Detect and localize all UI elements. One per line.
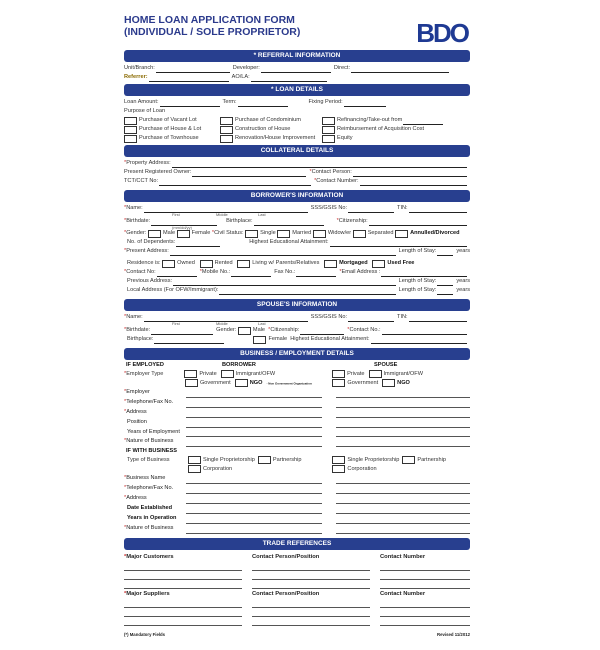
trade-field[interactable] bbox=[380, 562, 470, 571]
purpose-label: Construction of House bbox=[235, 125, 290, 134]
hint-middle: Middle bbox=[216, 213, 228, 217]
label-rented: Rented bbox=[215, 259, 233, 268]
form-title: HOME LOAN APPLICATION FORM (INDIVIDUAL /… bbox=[124, 14, 470, 48]
option-label: Partnership bbox=[273, 457, 302, 463]
purpose-checkbox[interactable] bbox=[220, 135, 233, 143]
bdo-logo: BDO bbox=[416, 18, 468, 49]
trade-header-text: Contact Number bbox=[380, 591, 425, 597]
fixing-period-field[interactable] bbox=[344, 99, 386, 107]
option-label: Single Proprietorship bbox=[347, 457, 399, 463]
option-label: Government bbox=[200, 380, 231, 386]
spacer bbox=[322, 398, 336, 407]
spouse-field[interactable] bbox=[336, 474, 470, 484]
borrower-field[interactable] bbox=[186, 514, 322, 524]
spacer bbox=[370, 589, 380, 599]
label-female: Female bbox=[192, 229, 211, 238]
borrower-tin-field[interactable] bbox=[409, 205, 467, 213]
spouse-female-checkbox[interactable] bbox=[253, 336, 266, 344]
hint-middle-2: Middle bbox=[216, 322, 228, 326]
label-name: Name: bbox=[126, 204, 142, 213]
row-label-text: Years of Employment bbox=[127, 428, 180, 437]
section-borrower: BORROWER'S INFORMATION bbox=[124, 190, 470, 202]
purpose-label: Refinancing/Take-out from bbox=[337, 116, 402, 125]
trade-header: *Major Customers bbox=[124, 552, 242, 562]
spouse-field[interactable] bbox=[336, 494, 470, 504]
borrower-field[interactable] bbox=[186, 524, 322, 534]
option-checkbox[interactable] bbox=[188, 465, 201, 473]
label-spouse-female: Female bbox=[268, 335, 287, 344]
label-fax: Fax No.: bbox=[274, 268, 295, 277]
spouse-field[interactable] bbox=[336, 504, 470, 514]
spouse-male-checkbox[interactable] bbox=[238, 327, 251, 335]
label-contact-no: Contact No: bbox=[126, 268, 156, 277]
row-label-text: Employer bbox=[126, 388, 150, 397]
spouse-field[interactable] bbox=[336, 524, 470, 534]
ngo-note: - Non Government Organization bbox=[266, 381, 311, 385]
label-ao-la: AO/LA: bbox=[232, 73, 250, 82]
option-label: Government bbox=[347, 380, 378, 386]
label-spouse-education: Highest Educational Attainment: bbox=[290, 335, 369, 344]
spacer bbox=[322, 388, 336, 397]
option-group: Corporation bbox=[188, 465, 332, 474]
borrower-field[interactable] bbox=[186, 428, 322, 438]
contact-person-field[interactable] bbox=[353, 169, 467, 177]
trade-field[interactable] bbox=[252, 617, 370, 626]
spacer bbox=[322, 418, 336, 427]
label-if-business: IF WITH BUSINESS bbox=[126, 447, 177, 456]
purpose-label: Purchase of Condominium bbox=[235, 116, 301, 125]
used-free-checkbox[interactable] bbox=[372, 260, 385, 268]
married-checkbox[interactable] bbox=[277, 230, 290, 238]
mobile-field[interactable] bbox=[231, 269, 271, 277]
option-group: Corporation bbox=[332, 465, 470, 474]
trade-field[interactable] bbox=[252, 571, 370, 580]
spacer bbox=[370, 608, 380, 617]
label-length-stay-3: Length of Stay: bbox=[399, 286, 437, 295]
length-stay-field[interactable] bbox=[437, 248, 453, 256]
referrer-field[interactable] bbox=[149, 74, 229, 82]
option-group: GovernmentNGO bbox=[332, 379, 470, 388]
option-checkbox[interactable] bbox=[332, 456, 345, 464]
spacer bbox=[242, 617, 252, 626]
option-checkbox[interactable] bbox=[188, 456, 201, 464]
trade-field[interactable] bbox=[380, 617, 470, 626]
purpose-label: Purchase of Vacant Lot bbox=[139, 116, 197, 125]
purpose-checkbox[interactable] bbox=[322, 135, 335, 143]
label-local-address: Local Address (For OFW/Immigrant): bbox=[127, 286, 218, 295]
spouse-field[interactable] bbox=[336, 388, 470, 398]
row-label: Years of Employment bbox=[124, 428, 186, 437]
option-label: Private bbox=[347, 371, 364, 377]
label-married: Married bbox=[292, 229, 311, 238]
mandatory-note: (*) Mandatory Fields bbox=[124, 632, 165, 637]
local-address-field[interactable] bbox=[219, 287, 395, 295]
purpose-option: Construction of House bbox=[220, 125, 322, 134]
purpose-label: Reimbursement of Acquisition Cost bbox=[337, 125, 424, 134]
label-tct: TCT/CCT No: bbox=[124, 177, 158, 186]
label-sss: SSS/GSIS No: bbox=[311, 204, 347, 213]
label-developer: Developer: bbox=[233, 64, 260, 73]
row-label: Employer Type bbox=[126, 370, 184, 379]
label-spouse-male: Male bbox=[253, 326, 265, 335]
row-label-text: Nature of Business bbox=[126, 524, 173, 533]
local-length-stay-field[interactable] bbox=[437, 287, 453, 295]
trade-field[interactable] bbox=[124, 571, 242, 580]
trade-field[interactable] bbox=[252, 580, 370, 589]
property-address-field[interactable] bbox=[172, 160, 467, 168]
spouse-field[interactable] bbox=[336, 514, 470, 524]
widow-checkbox[interactable] bbox=[313, 230, 326, 238]
label-spouse-citizenship: Citizenship: bbox=[270, 326, 299, 335]
label-used-free: Used Free bbox=[387, 259, 414, 268]
spacer bbox=[370, 562, 380, 571]
option-row: GovernmentNGO- Non Government Organizati… bbox=[124, 379, 470, 388]
label-present-address: Present Address: bbox=[126, 247, 169, 256]
label-owner: Present Registered Owner: bbox=[124, 168, 191, 177]
trade-field[interactable] bbox=[380, 608, 470, 617]
option-label: Private bbox=[199, 371, 216, 377]
borrower-field[interactable] bbox=[186, 388, 322, 398]
row-label: *Nature of Business bbox=[124, 524, 186, 533]
label-contact-person: Contact Person: bbox=[312, 168, 352, 177]
purpose-option: Purchase of Townhouse bbox=[124, 134, 220, 143]
spouse-field[interactable] bbox=[336, 428, 470, 438]
label-purpose: Purpose of Loan bbox=[124, 107, 165, 116]
spacer bbox=[370, 617, 380, 626]
trade-field[interactable] bbox=[380, 571, 470, 580]
label-single: Single bbox=[260, 229, 276, 238]
row-label: *Nature of Business bbox=[124, 437, 186, 446]
row-label: Position bbox=[124, 418, 186, 427]
option-checkbox[interactable] bbox=[258, 456, 271, 464]
option-checkbox[interactable] bbox=[184, 370, 197, 378]
spouse-education-field[interactable] bbox=[371, 336, 468, 344]
spacer bbox=[322, 484, 336, 493]
label-spouse-tin: TIN: bbox=[397, 313, 408, 322]
dependents-field[interactable] bbox=[176, 239, 220, 247]
borrower-field[interactable] bbox=[186, 437, 322, 447]
label-previous-address: Previous Address: bbox=[127, 277, 172, 286]
row-label-text: Years in Operation bbox=[127, 514, 176, 523]
option-checkbox[interactable] bbox=[332, 379, 345, 387]
label-contact-number: Contact Number: bbox=[316, 177, 358, 186]
borrower-field[interactable] bbox=[186, 474, 322, 484]
spacer bbox=[322, 504, 336, 513]
label-annulled: Annulled/Divorced bbox=[410, 229, 459, 238]
trade-header: Contact Number bbox=[380, 552, 470, 562]
section-collateral: COLLATERAL DETAILS bbox=[124, 145, 470, 157]
spouse-sss-field[interactable] bbox=[348, 314, 394, 322]
purpose-option: Renovation/House Improvement bbox=[220, 134, 322, 143]
label-term: Term: bbox=[223, 98, 237, 107]
row-label: Type of Business bbox=[127, 456, 188, 465]
label-referrer: Referrer: bbox=[124, 73, 148, 82]
purpose-option: Purchase of Condominium bbox=[220, 116, 322, 125]
trade-header: Contact Number bbox=[380, 589, 470, 599]
trade-field[interactable] bbox=[124, 580, 242, 589]
spacer bbox=[322, 514, 336, 523]
row-label: Years in Operation bbox=[124, 514, 186, 523]
option-checkbox[interactable] bbox=[185, 379, 198, 387]
education-field[interactable] bbox=[330, 239, 468, 247]
label-direct: Direct: bbox=[334, 64, 350, 73]
row-label: *Employer bbox=[124, 388, 186, 397]
borrower-field[interactable] bbox=[186, 398, 322, 408]
spacer bbox=[242, 599, 252, 608]
trade-field[interactable] bbox=[252, 608, 370, 617]
label-property-address: Property Address: bbox=[126, 159, 170, 168]
label-spouse-birthplace: Birthplace: bbox=[127, 335, 153, 344]
term-field[interactable] bbox=[238, 99, 288, 107]
prev-length-stay-field[interactable] bbox=[437, 278, 453, 286]
label-spouse-sss: SSS/GSIS No: bbox=[311, 313, 347, 322]
single-checkbox[interactable] bbox=[245, 230, 258, 238]
contact-no-field[interactable] bbox=[157, 269, 197, 277]
label-residence: Residence is: bbox=[127, 259, 161, 268]
section-business: BUSINESS / EMPLOYMENT DETAILS bbox=[124, 348, 470, 360]
spacer bbox=[242, 571, 252, 580]
label-spouse-name: Name: bbox=[126, 313, 142, 322]
female-checkbox[interactable] bbox=[177, 230, 190, 238]
option-checkbox[interactable] bbox=[332, 465, 345, 473]
option-checkbox[interactable] bbox=[235, 379, 248, 387]
section-loan: * LOAN DETAILS bbox=[124, 84, 470, 96]
option-label: Corporation bbox=[347, 466, 376, 472]
direct-field[interactable] bbox=[351, 65, 449, 73]
option-checkbox[interactable] bbox=[221, 370, 234, 378]
spacer bbox=[370, 552, 380, 562]
spouse-birthplace-field[interactable] bbox=[154, 336, 224, 344]
label-education: Highest Educational Attainment: bbox=[249, 238, 328, 247]
label-birthplace: Birthplace: bbox=[226, 217, 252, 226]
trade-field[interactable] bbox=[380, 580, 470, 589]
label-owned: Owned bbox=[177, 259, 195, 268]
option-row: CorporationCorporation bbox=[124, 465, 470, 474]
spacer bbox=[322, 437, 336, 446]
trade-field[interactable] bbox=[252, 599, 370, 608]
refinancing-field[interactable] bbox=[403, 117, 443, 125]
spacer bbox=[242, 552, 252, 562]
label-spouse-gender: Gender: bbox=[216, 326, 236, 335]
purpose-label: Purchase of Townhouse bbox=[139, 134, 199, 143]
spouse-citizenship-field[interactable] bbox=[300, 327, 344, 335]
row-label-text: Nature of Business bbox=[126, 437, 173, 446]
borrower-field[interactable] bbox=[186, 494, 322, 504]
purpose-label: Purchase of House & Lot bbox=[139, 125, 201, 134]
purpose-checkbox[interactable] bbox=[124, 126, 137, 134]
trade-header: Contact Person/Position bbox=[252, 552, 370, 562]
tct-field[interactable] bbox=[159, 178, 311, 186]
option-label: NGO bbox=[397, 380, 410, 386]
trade-header: Contact Person/Position bbox=[252, 589, 370, 599]
spouse-birthdate-field[interactable] bbox=[151, 327, 213, 335]
hint-last: Last bbox=[258, 213, 266, 217]
option-checkbox[interactable] bbox=[369, 370, 382, 378]
purpose-checkbox[interactable] bbox=[124, 135, 137, 143]
label-fixing: Fixing Period: bbox=[309, 98, 343, 107]
label-dependents: No. of Dependents: bbox=[127, 238, 175, 247]
row-label-text: Telephone/Fax No. bbox=[126, 484, 173, 493]
trade-field[interactable] bbox=[124, 608, 242, 617]
option-checkbox[interactable] bbox=[382, 379, 395, 387]
trade-header-text: Contact Number bbox=[380, 554, 425, 560]
label-loan-amount: Loan Amount: bbox=[124, 98, 159, 107]
label-mortgaged: Mortgaged bbox=[339, 259, 368, 268]
label-spouse-birthdate: Birthdate: bbox=[126, 326, 150, 335]
row-label-text: Business Name bbox=[126, 474, 165, 483]
option-label: Partnership bbox=[417, 457, 446, 463]
spouse-field[interactable] bbox=[336, 418, 470, 428]
purpose-checkbox[interactable] bbox=[322, 117, 335, 125]
ao-la-field[interactable] bbox=[251, 74, 327, 82]
purpose-option: Equity bbox=[322, 134, 470, 143]
spacer bbox=[242, 608, 252, 617]
spacer bbox=[242, 580, 252, 589]
label-spouse-contact: Contact No.: bbox=[349, 326, 380, 335]
fax-field[interactable] bbox=[296, 269, 336, 277]
row-label: *Telephone/Fax No. bbox=[124, 398, 186, 407]
spacer bbox=[322, 494, 336, 503]
spouse-contact-field[interactable] bbox=[382, 327, 467, 335]
owner-field[interactable] bbox=[192, 169, 306, 177]
section-trade: TRADE REFERENCES bbox=[124, 538, 470, 550]
label-years: years bbox=[456, 247, 470, 256]
label-civil: Civil Status: bbox=[214, 229, 244, 238]
spacer bbox=[322, 524, 336, 533]
purpose-checkbox[interactable] bbox=[322, 126, 335, 134]
label-mobile: Mobile No.: bbox=[202, 268, 230, 277]
spouse-tin-field[interactable] bbox=[409, 314, 467, 322]
male-checkbox[interactable] bbox=[148, 230, 161, 238]
spouse-field[interactable] bbox=[336, 484, 470, 494]
option-checkbox[interactable] bbox=[332, 370, 345, 378]
owned-checkbox[interactable] bbox=[162, 260, 175, 268]
row-label: *Address bbox=[124, 408, 186, 417]
trade-header-text: Major Suppliers bbox=[126, 591, 170, 597]
spacer bbox=[370, 580, 380, 589]
purpose-label: Renovation/House Improvement bbox=[235, 134, 315, 143]
purpose-label: Equity bbox=[337, 134, 353, 143]
developer-field[interactable] bbox=[261, 65, 331, 73]
spacer bbox=[322, 428, 336, 437]
hint-first: First bbox=[172, 213, 180, 217]
label-years-2: years bbox=[456, 277, 470, 286]
label-birthdate: Birthdate: bbox=[126, 217, 150, 226]
option-checkbox[interactable] bbox=[402, 456, 415, 464]
trade-field[interactable] bbox=[252, 562, 370, 571]
trade-field[interactable] bbox=[124, 599, 242, 608]
section-spouse: SPOUSE'S INFORMATION bbox=[124, 299, 470, 311]
spacer bbox=[242, 589, 252, 599]
borrower-field[interactable] bbox=[186, 504, 322, 514]
annulled-checkbox[interactable] bbox=[395, 230, 408, 238]
purpose-option: Reimbursement of Acquisition Cost bbox=[322, 125, 470, 134]
purpose-checkbox[interactable] bbox=[220, 117, 233, 125]
rented-checkbox[interactable] bbox=[200, 260, 213, 268]
living-checkbox[interactable] bbox=[237, 260, 250, 268]
label-unit-branch: Unit/Branch: bbox=[124, 64, 155, 73]
row-label-text: Telephone/Fax No. bbox=[126, 398, 173, 407]
label-gender: Gender: bbox=[126, 229, 146, 238]
spouse-field[interactable] bbox=[336, 408, 470, 418]
unit-branch-field[interactable] bbox=[156, 65, 230, 73]
label-years-3: years bbox=[456, 286, 470, 295]
borrower-field[interactable] bbox=[186, 408, 322, 418]
label-separated: Separated bbox=[368, 229, 394, 238]
trade-header-text: Contact Person/Position bbox=[252, 554, 319, 560]
row-label: *Address bbox=[124, 494, 186, 503]
trade-header: *Major Suppliers bbox=[124, 589, 242, 599]
row-label-text: Position bbox=[127, 418, 147, 427]
label-male: Male bbox=[163, 229, 175, 238]
row-label: Date Established bbox=[124, 504, 186, 513]
spacer bbox=[370, 571, 380, 580]
email-field[interactable] bbox=[381, 269, 467, 277]
trade-field[interactable] bbox=[124, 617, 242, 626]
spacer bbox=[242, 562, 252, 571]
row-label-text: Address bbox=[126, 408, 147, 417]
spacer bbox=[370, 599, 380, 608]
section-referral: * REFERRAL INFORMATION bbox=[124, 50, 470, 62]
label-living: Living w/ Parents/Relatives bbox=[252, 259, 319, 268]
row-label: *Telephone/Fax No. bbox=[124, 484, 186, 493]
label-citizenship: Citizenship: bbox=[339, 217, 368, 226]
option-label: Corporation bbox=[203, 466, 232, 472]
row-label-text: Date Established bbox=[127, 504, 172, 513]
label-widow: Widow/er bbox=[328, 229, 351, 238]
present-address-field[interactable] bbox=[170, 248, 396, 256]
option-group: GovernmentNGO- Non Government Organizati… bbox=[185, 379, 332, 388]
borrower-sss-field[interactable] bbox=[348, 205, 394, 213]
label-length-stay: Length of Stay: bbox=[399, 247, 437, 256]
purpose-option: Purchase of Vacant Lot bbox=[124, 116, 220, 125]
birthplace-field[interactable] bbox=[254, 218, 324, 226]
hint-first-2: First bbox=[172, 322, 180, 326]
purpose-checkbox[interactable] bbox=[124, 117, 137, 125]
spouse-field[interactable] bbox=[336, 398, 470, 408]
option-label: Single Proprietorship bbox=[203, 457, 255, 463]
purpose-checkbox[interactable] bbox=[220, 126, 233, 134]
mortgaged-checkbox[interactable] bbox=[324, 260, 337, 268]
borrower-field[interactable] bbox=[186, 484, 322, 494]
previous-address-field[interactable] bbox=[173, 278, 396, 286]
contact-number-field[interactable] bbox=[360, 178, 467, 186]
loan-amount-field[interactable] bbox=[160, 99, 220, 107]
trade-header-text: Contact Person/Position bbox=[252, 591, 319, 597]
trade-field[interactable] bbox=[124, 562, 242, 571]
option-label: Immigrant/OFW bbox=[384, 371, 423, 377]
citizenship-field[interactable] bbox=[369, 218, 467, 226]
spacer bbox=[322, 474, 336, 483]
hint-last-2: Last bbox=[258, 322, 266, 326]
purpose-option: Refinancing/Take-out from bbox=[322, 116, 470, 125]
label-length-stay-2: Length of Stay: bbox=[399, 277, 437, 286]
loan-application-form: HOME LOAN APPLICATION FORM (INDIVIDUAL /… bbox=[124, 14, 470, 637]
revised-date: Revised 11/2012 bbox=[437, 632, 470, 637]
option-label: NGO bbox=[250, 380, 263, 386]
borrower-field[interactable] bbox=[186, 418, 322, 428]
trade-field[interactable] bbox=[380, 599, 470, 608]
row-label-text: Address bbox=[126, 494, 147, 503]
spacer bbox=[322, 408, 336, 417]
trade-header-text: Major Customers bbox=[126, 554, 173, 560]
purpose-option: Purchase of House & Lot bbox=[124, 125, 220, 134]
separated-checkbox[interactable] bbox=[353, 230, 366, 238]
spouse-field[interactable] bbox=[336, 437, 470, 447]
label-email: Email Address : bbox=[342, 268, 381, 277]
option-label: Immigrant/OFW bbox=[236, 371, 275, 377]
row-label: *Business Name bbox=[124, 474, 186, 483]
